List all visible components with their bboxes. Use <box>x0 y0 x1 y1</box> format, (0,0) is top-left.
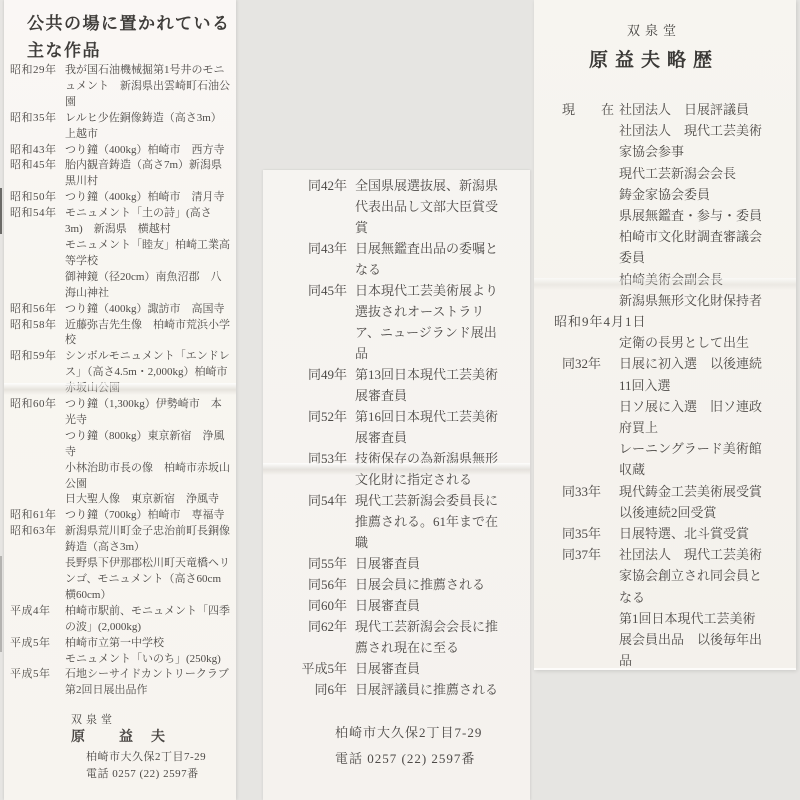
entry-text-line: 技術保存の為新潟県無形 <box>355 448 498 469</box>
artist-name: 原 益 夫 <box>71 729 206 747</box>
entry-text-line: ス」（高さ4.5m・2,000kg）柏崎市 <box>65 365 230 381</box>
entry-year-label: 同32年 <box>554 353 600 374</box>
phone-line: 電話 0257 (22) 2597番 <box>86 766 206 782</box>
entry-year-label: 同42年 <box>275 175 347 196</box>
timeline-entry: 同49年第13回日本現代工芸美術展審査員 <box>275 364 498 406</box>
entry-text-line: 収蔵 <box>619 459 762 480</box>
entry-lines: 日展評議員に推薦される <box>355 679 498 700</box>
entry-year-label: 同54年 <box>275 490 347 511</box>
entry-lines: 柏崎市駅前、モニュメント「四季の波」(2,000kg) <box>65 604 230 636</box>
entry-lines: 日展審査員 <box>355 553 420 574</box>
biography-entry-list: 現 在社団法人 日展評議員社団法人 現代工芸美術家協会参事現代工芸新潟会会長鋳金… <box>554 99 762 671</box>
entry-lines: レルヒ少佐銅像鋳造（高さ3m）上越市 <box>65 111 222 143</box>
timeline-entry: 昭和58年近藤弥吉先生像 柏崎市荒浜小学校 <box>10 318 230 350</box>
entry-text-line: 海山神社 <box>65 286 230 302</box>
entry-year-label: 同52年 <box>275 406 347 427</box>
entry-text-line: 社団法人 現代工芸美術 <box>619 544 762 565</box>
entry-text-line: つり鐘（800kg）東京新宿 浄風 <box>65 429 230 445</box>
entry-year-label: 同53年 <box>275 448 347 469</box>
timeline-entry: 平成5年石地シーサイドカントリークラブ第2回日展出品作 <box>10 667 230 699</box>
entry-lines: 社団法人 現代工芸美術家協会創立され同会員となる第1回日本現代工芸美術展会員出品… <box>619 544 762 671</box>
entry-text-line: つり鐘（400kg）柏崎市 西方寺 <box>65 143 225 159</box>
phone-line: 電話 0257 (22) 2597番 <box>335 746 482 772</box>
entry-text-line: 新潟県荒川町金子忠治前町長銅像 <box>65 524 230 540</box>
entry-text-line: 第16回日本現代工芸美術 <box>355 406 498 427</box>
entry-text-line: 現代鋳金工芸美術展受賞 <box>619 481 762 502</box>
entry-text-line: 公園 <box>65 477 230 493</box>
timeline-entry: 昭和45年胎内観音鋳造（高さ7m）新潟県黒川村 <box>10 158 230 190</box>
entry-text-line: レーニングラード美術館 <box>619 438 762 459</box>
entry-text-line: ュメント 新潟県出雲崎町石油公 <box>65 79 230 95</box>
entry-year-label: 同49年 <box>275 364 347 385</box>
entry-year-label: 昭和59年 <box>10 349 59 365</box>
entry-text-line: 日本現代工芸美術展より <box>355 280 498 301</box>
timeline-entry: 昭和29年我が国石油機械掘第1号井のモニュメント 新潟県出雲崎町石油公園 <box>10 63 230 111</box>
timeline-entry: 同56年日展会員に推薦される <box>275 574 498 595</box>
entry-text-line: 光寺 <box>65 413 230 429</box>
entry-lines: 全国県展選抜展、新潟県代表出品し文部大臣賞受賞 <box>355 175 498 238</box>
entry-lines: 近藤弥吉先生像 柏崎市荒浜小学校 <box>65 318 230 350</box>
works-title-line2: 主な作品 <box>27 41 101 60</box>
entry-text-line: 社団法人 現代工芸美術 <box>619 120 762 141</box>
entry-text-line: 第2回日展出品作 <box>65 683 229 699</box>
entry-text-line: シンボルモニュメント「エンドレ <box>65 349 230 365</box>
timeline-entry: 同55年日展審査員 <box>275 553 498 574</box>
entry-year-label: 同62年 <box>275 616 347 637</box>
entry-text-line: 近藤弥吉先生像 柏崎市荒浜小学 <box>65 318 230 334</box>
entry-lines: つり鐘（700kg）柏崎市 専福寺 <box>65 508 225 524</box>
entry-text-line: 品 <box>619 650 762 671</box>
timeline-entry: 昭和54年モニュメント「土の詩」(高さ3m) 新潟県 横越村モニュメント「睦友」… <box>10 206 230 301</box>
entry-year-label: 昭和45年 <box>10 158 59 174</box>
entry-text-line: 推薦される。61年まで在 <box>355 511 498 532</box>
timeline-entry: 昭和50年つり鐘（400kg）柏崎市 清月寺 <box>10 190 230 206</box>
entry-year-label: 昭和61年 <box>10 508 59 524</box>
timeline-entry: 同60年日展審査員 <box>275 595 498 616</box>
entry-text-line: 新潟県無形文化財保持者 <box>619 290 762 311</box>
entry-year-label: 昭和58年 <box>10 318 59 334</box>
entry-lines: 日展特選、北斗賞受賞 <box>619 523 749 544</box>
biography-continuation-strip: 同42年全国県展選抜展、新潟県代表出品し文部大臣賞受賞同43年日展無鑑査出品の委… <box>263 170 530 800</box>
entry-year-label: 同55年 <box>275 553 347 574</box>
entry-year-label: 昭和29年 <box>10 63 59 79</box>
timeline-entry: 同35年日展特選、北斗賞受賞 <box>554 523 762 544</box>
entry-text-line: 鋳造（高さ3m） <box>65 540 230 556</box>
entry-year-label: 昭和63年 <box>10 524 59 540</box>
entry-text-line: なる <box>619 587 762 608</box>
entry-year-label: 昭和35年 <box>10 111 59 127</box>
entry-text-line: 等学校 <box>65 254 230 270</box>
entry-year-label: 平成5年 <box>275 658 347 679</box>
entry-text-line: 柏崎美術会副会長 <box>619 269 762 290</box>
entry-text-line: 第13回日本現代工芸美術 <box>355 364 498 385</box>
entry-text-line: モニュメント「睦友」柏崎工業高 <box>65 238 230 254</box>
entry-lines: 日展審査員 <box>355 595 420 616</box>
entry-year-label: 同43年 <box>275 238 347 259</box>
entry-lines: 日展に初入選 以後連続11回入選日ソ展に入選 旧ソ連政府買上レーニングラード美術… <box>619 353 762 480</box>
entry-text-line: つり鐘（700kg）柏崎市 専福寺 <box>65 508 225 524</box>
entry-text-line: 日大聖人像 東京新宿 浄風寺 <box>65 492 230 508</box>
entry-text-line: 柏崎市立第一中学校 <box>65 636 221 652</box>
entry-text-line: 以後連続2回受賞 <box>619 502 762 523</box>
entry-text-line: 上越市 <box>65 127 222 143</box>
entry-text-line: 定衛の長男として出生 <box>619 332 762 353</box>
works-list-title: 公共の場に置かれている主な作品 <box>27 10 231 64</box>
entry-lines: 日展無鑑査出品の委嘱となる <box>355 238 498 280</box>
entry-text-line: 展会員出品 以後毎年出 <box>619 629 762 650</box>
timeline-entry: 平成4年柏崎市駅前、モニュメント「四季の波」(2,000kg) <box>10 604 230 636</box>
entry-year-label: 同37年 <box>554 544 600 565</box>
entry-lines: つり鐘（1,300kg）伊勢崎市 本光寺つり鐘（800kg）東京新宿 浄風寺小林… <box>65 397 230 508</box>
entry-year-label: 同33年 <box>554 481 600 502</box>
entry-text-line: 日展に初入選 以後連続 <box>619 353 762 374</box>
entry-text-line: 日ソ展に入選 旧ソ連政 <box>619 396 762 417</box>
biography-entry-list: 同42年全国県展選抜展、新潟県代表出品し文部大臣賞受賞同43年日展無鑑査出品の委… <box>275 175 498 700</box>
biography-header: 双泉堂 原益夫略歴 <box>534 20 796 72</box>
entry-year-label: 同6年 <box>275 679 347 700</box>
scan-edge-mark <box>0 556 2 652</box>
entry-text-line: 日展会員に推薦される <box>355 574 485 595</box>
entry-text-line: 鋳金家協会委員 <box>619 184 762 205</box>
entry-text-line: 府買上 <box>619 417 762 438</box>
entry-text-line: 選抜されオーストラリ <box>355 301 498 322</box>
entry-year-label: 昭和43年 <box>10 143 59 159</box>
timeline-entry: 昭和56年つり鐘（400kg）諏訪市 高国寺 <box>10 302 230 318</box>
entry-text-line: なる <box>355 259 498 280</box>
entry-text-line: つり鐘（400kg）諏訪市 高国寺 <box>65 302 225 318</box>
entry-text-line: 校 <box>65 333 230 349</box>
entry-year-label: 平成5年 <box>10 667 59 683</box>
works-title-line1: 公共の場に置かれている <box>27 14 231 33</box>
timeline-entry: 同52年第16回日本現代工芸美術展審査員 <box>275 406 498 448</box>
entry-lines: モニュメント「土の詩」(高さ3m) 新潟県 横越村モニュメント「睦友」柏崎工業高… <box>65 206 230 301</box>
entry-lines: 第13回日本現代工芸美術展審査員 <box>355 364 498 406</box>
entry-text-line: 11回入選 <box>619 375 762 396</box>
entry-lines: 第16回日本現代工芸美術展審査員 <box>355 406 498 448</box>
entry-text-line: 御神鏡（径20cm）南魚沼郡 八 <box>65 270 230 286</box>
entry-lines: 定衛の長男として出生 <box>619 332 762 353</box>
entry-text-line: 第1回日本現代工芸美術 <box>619 608 762 629</box>
timeline-entry: 昭和60年つり鐘（1,300kg）伊勢崎市 本光寺つり鐘（800kg）東京新宿 … <box>10 397 230 508</box>
entry-lines: 胎内観音鋳造（高さ7m）新潟県黒川村 <box>65 158 222 190</box>
entry-year-label: 同45年 <box>275 280 347 301</box>
entry-text-line: 長野県下伊那郡松川町天竜橋ヘリ <box>65 556 230 572</box>
entry-text-line: 日展無鑑査出品の委嘱と <box>355 238 498 259</box>
works-entry-list: 昭和29年我が国石油機械掘第1号井のモニュメント 新潟県出雲崎町石油公園昭和35… <box>10 63 230 699</box>
entry-text-line: ア、ニュージランド展出 <box>355 322 498 343</box>
entry-text-line: 黒川村 <box>65 174 222 190</box>
entry-lines: 現代鋳金工芸美術展受賞以後連続2回受賞 <box>619 481 762 523</box>
entry-lines: 石地シーサイドカントリークラブ第2回日展出品作 <box>65 667 229 699</box>
entry-year-label: 同35年 <box>554 523 600 544</box>
biography-title: 原益夫略歴 <box>534 45 774 72</box>
timeline-entry: 同6年日展評議員に推薦される <box>275 679 498 700</box>
entry-text-line: 石地シーサイドカントリークラブ <box>65 667 229 683</box>
entry-text-line: 柏崎市文化財調査審議会 <box>619 226 762 247</box>
entry-text-line: 日展審査員 <box>355 553 420 574</box>
address-line: 柏崎市大久保2丁目7-29 <box>335 720 482 746</box>
entry-text-line: 展審査員 <box>355 385 498 406</box>
entry-text-line: 社団法人 日展評議員 <box>619 99 762 120</box>
entry-lines: シンボルモニュメント「エンドレス」（高さ4.5m・2,000kg）柏崎市赤坂山公… <box>65 349 230 397</box>
timeline-entry: 昭和9年4月1日定衛の長男として出生 <box>554 311 762 353</box>
entry-text-line: の波」(2,000kg) <box>65 620 230 636</box>
studio-name: 双泉堂 <box>71 713 206 728</box>
timeline-entry: 同37年社団法人 現代工芸美術家協会創立され同会員となる第1回日本現代工芸美術展… <box>554 544 762 671</box>
left-footer: 双泉堂 原 益 夫 柏崎市大久保2丁目7-29 電話 0257 (22) 259… <box>71 713 206 782</box>
entry-lines: 新潟県荒川町金子忠治前町長銅像鋳造（高さ3m）長野県下伊那郡松川町天竜橋ヘリンゴ… <box>65 524 230 604</box>
entry-lines: つり鐘（400kg）柏崎市 西方寺 <box>65 143 225 159</box>
timeline-entry: 平成5年日展審査員 <box>275 658 498 679</box>
timeline-entry: 昭和61年つり鐘（700kg）柏崎市 専福寺 <box>10 508 230 524</box>
entry-text-line: 我が国石油機械掘第1号井のモニ <box>65 63 230 79</box>
entry-text-line: 現代工芸新潟会委員長に <box>355 490 498 511</box>
entry-text-line: 文化財に指定される <box>355 469 498 490</box>
entry-lines: 社団法人 日展評議員社団法人 現代工芸美術家協会参事現代工芸新潟会会長鋳金家協会… <box>619 99 762 311</box>
entry-text-line: 日展審査員 <box>355 595 420 616</box>
entry-year-label: 同60年 <box>275 595 347 616</box>
entry-text-line: 胎内観音鋳造（高さ7m）新潟県 <box>65 158 222 174</box>
timeline-entry: 昭和43年つり鐘（400kg）柏崎市 西方寺 <box>10 143 230 159</box>
entry-text-line: ンゴ、モニュメント（高さ60cm <box>65 572 230 588</box>
entry-text-line: 3m) 新潟県 横越村 <box>65 222 230 238</box>
entry-text-line: 現代工芸新潟会会長 <box>619 163 762 184</box>
timeline-entry: 現 在社団法人 日展評議員社団法人 現代工芸美術家協会参事現代工芸新潟会会長鋳金… <box>554 99 762 311</box>
biography-strip: 双泉堂 原益夫略歴 現 在社団法人 日展評議員社団法人 現代工芸美術家協会参事現… <box>534 0 796 670</box>
entry-year-label: 昭和56年 <box>10 302 59 318</box>
entry-year-label: 昭和60年 <box>10 397 59 413</box>
entry-lines: 日展会員に推薦される <box>355 574 485 595</box>
entry-text-line: 委員 <box>619 247 762 268</box>
entry-text-line: つり鐘（400kg）柏崎市 清月寺 <box>65 190 225 206</box>
entry-lines: 技術保存の為新潟県無形文化財に指定される <box>355 448 498 490</box>
entry-year-label: 平成5年 <box>10 636 59 652</box>
entry-text-line: 家協会参事 <box>619 141 762 162</box>
entry-text-line: 柏崎市駅前、モニュメント「四季 <box>65 604 230 620</box>
scan-edge-mark <box>0 188 2 234</box>
timeline-entry: 昭和59年シンボルモニュメント「エンドレス」（高さ4.5m・2,000kg）柏崎… <box>10 349 230 397</box>
entry-text-line: 職 <box>355 532 498 553</box>
entry-text-line: 賞 <box>355 217 498 238</box>
timeline-entry: 昭和63年新潟県荒川町金子忠治前町長銅像鋳造（高さ3m）長野県下伊那郡松川町天竜… <box>10 524 230 604</box>
entry-text-line: 日展評議員に推薦される <box>355 679 498 700</box>
timeline-entry: 同33年現代鋳金工芸美術展受賞以後連続2回受賞 <box>554 481 762 523</box>
entry-text-line: 赤坂山公園 <box>65 381 230 397</box>
timeline-entry: 同62年現代工芸新潟会会長に推薦され現在に至る <box>275 616 498 658</box>
timeline-entry: 同32年日展に初入選 以後連続11回入選日ソ展に入選 旧ソ連政府買上レーニングラ… <box>554 353 762 480</box>
entry-lines: 現代工芸新潟会会長に推薦され現在に至る <box>355 616 498 658</box>
entry-text-line: モニュメント「いのち」(250kg) <box>65 652 221 668</box>
entry-lines: 日展審査員 <box>355 658 420 679</box>
entry-year-label: 同56年 <box>275 574 347 595</box>
entry-lines: 柏崎市立第一中学校モニュメント「いのち」(250kg) <box>65 636 221 668</box>
entry-text-line: 園 <box>65 95 230 111</box>
studio-name: 双泉堂 <box>534 20 774 39</box>
entry-text-line: 家協会創立され同会員と <box>619 565 762 586</box>
middle-footer: 柏崎市大久保2丁目7-29 電話 0257 (22) 2597番 <box>335 720 482 772</box>
entry-text-line: 品 <box>355 343 498 364</box>
entry-text-line: 日展特選、北斗賞受賞 <box>619 523 749 544</box>
entry-text-line: 全国県展選抜展、新潟県 <box>355 175 498 196</box>
entry-text-line: 展審査員 <box>355 427 498 448</box>
entry-lines: つり鐘（400kg）諏訪市 高国寺 <box>65 302 225 318</box>
entry-text-line: レルヒ少佐銅像鋳造（高さ3m） <box>65 111 222 127</box>
entry-year-label: 昭和54年 <box>10 206 59 222</box>
entry-text-line: モニュメント「土の詩」(高さ <box>65 206 230 222</box>
address-line: 柏崎市大久保2丁目7-29 <box>86 749 206 766</box>
entry-lines: 現代工芸新潟会委員長に推薦される。61年まで在職 <box>355 490 498 553</box>
entry-text-line: 県展無鑑査・参与・委員 <box>619 205 762 226</box>
timeline-entry: 同54年現代工芸新潟会委員長に推薦される。61年まで在職 <box>275 490 498 553</box>
entry-lines: 我が国石油機械掘第1号井のモニュメント 新潟県出雲崎町石油公園 <box>65 63 230 111</box>
entry-year-label: 昭和50年 <box>10 190 59 206</box>
entry-text-line: 日展審査員 <box>355 658 420 679</box>
entry-text-line: 薦され現在に至る <box>355 637 498 658</box>
entry-text-line: 小林治助市長の像 柏崎市赤坂山 <box>65 461 230 477</box>
entry-year-label: 平成4年 <box>10 604 59 620</box>
works-list-strip: 公共の場に置かれている主な作品 昭和29年我が国石油機械掘第1号井のモニュメント… <box>4 0 236 800</box>
timeline-entry: 同53年技術保存の為新潟県無形文化財に指定される <box>275 448 498 490</box>
timeline-entry: 平成5年柏崎市立第一中学校モニュメント「いのち」(250kg) <box>10 636 230 668</box>
entry-lines: つり鐘（400kg）柏崎市 清月寺 <box>65 190 225 206</box>
timeline-entry: 同42年全国県展選抜展、新潟県代表出品し文部大臣賞受賞 <box>275 175 498 238</box>
timeline-entry: 同45年日本現代工芸美術展より選抜されオーストラリア、ニュージランド展出品 <box>275 280 498 364</box>
entry-text-line: 横60cm） <box>65 588 230 604</box>
entry-text-line: 寺 <box>65 445 230 461</box>
entry-year-label: 現 在 <box>554 99 600 120</box>
entry-year-label: 昭和9年4月1日 <box>554 314 647 329</box>
entry-text-line: 代表出品し文部大臣賞受 <box>355 196 498 217</box>
entry-text-line: つり鐘（1,300kg）伊勢崎市 本 <box>65 397 230 413</box>
entry-lines: 日本現代工芸美術展より選抜されオーストラリア、ニュージランド展出品 <box>355 280 498 364</box>
timeline-entry: 昭和35年レルヒ少佐銅像鋳造（高さ3m）上越市 <box>10 111 230 143</box>
timeline-entry: 同43年日展無鑑査出品の委嘱となる <box>275 238 498 280</box>
entry-text-line: 現代工芸新潟会会長に推 <box>355 616 498 637</box>
